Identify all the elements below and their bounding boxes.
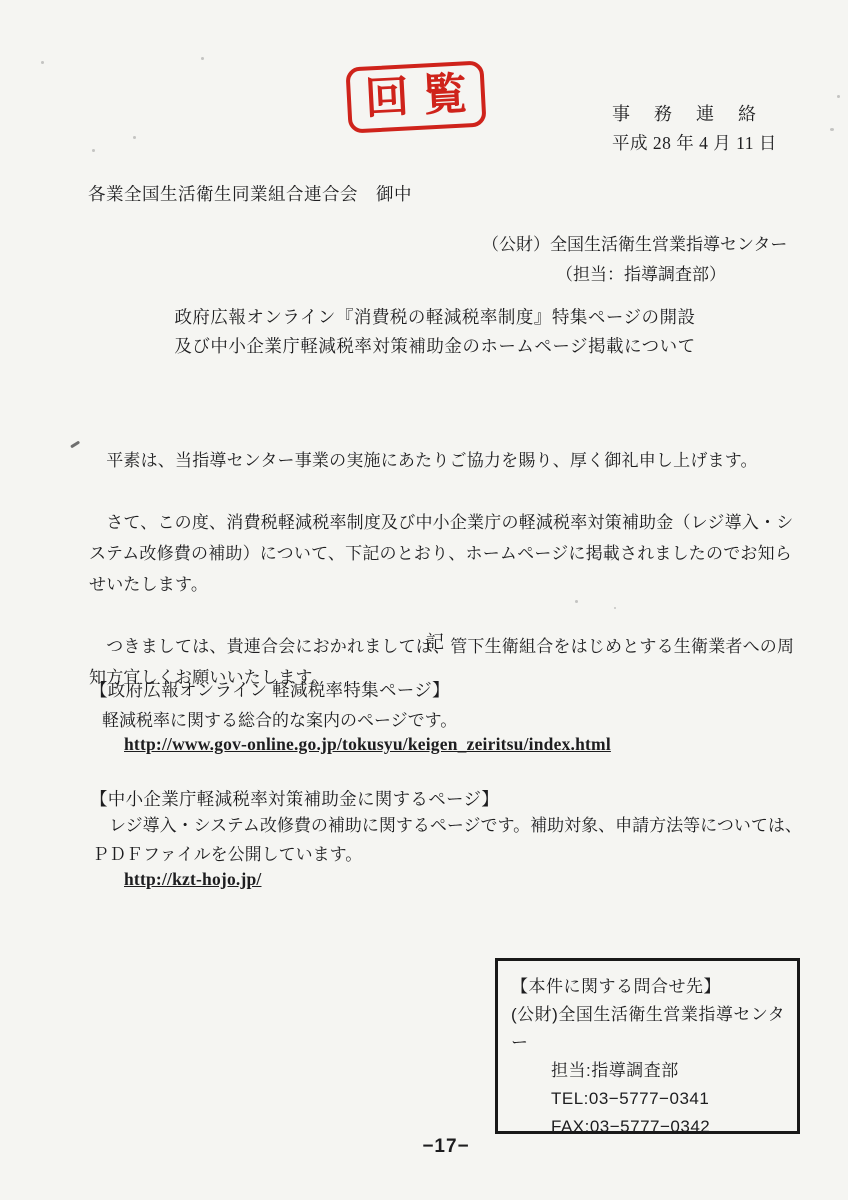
scan-noise-speck bbox=[830, 128, 834, 131]
section-gov-online-heading: 【政府広報オンライン 軽減税率特集ページ】 bbox=[90, 677, 450, 702]
contact-org: (公財)全国生活衛生営業指導センター bbox=[511, 1001, 797, 1057]
section-gov-online-description: 軽減税率に関する総合的な案内のページです。 bbox=[102, 706, 457, 731]
scan-noise-speck bbox=[614, 607, 616, 609]
subsidy-url-link[interactable]: http://kzt-hojo.jp/ bbox=[124, 869, 262, 890]
contact-box-title: 【本件に関する問合せ先】 bbox=[511, 973, 797, 1001]
scan-noise-speck bbox=[133, 136, 136, 139]
document-title: 政府広報オンライン『消費税の軽減税率制度』特集ページの開設 及び中小企業庁軽減税… bbox=[85, 303, 785, 361]
title-line-2: 及び中小企業庁軽減税率対策補助金のホームページ掲載について bbox=[85, 332, 785, 361]
doc-type-label: 事 務 連 絡 bbox=[612, 100, 759, 126]
gov-online-url-link[interactable]: http://www.gov-online.go.jp/tokusyu/keig… bbox=[124, 734, 611, 755]
scan-noise-speck bbox=[748, 642, 750, 644]
scan-noise-speck bbox=[92, 149, 95, 152]
contact-fax: FAX:03−5777−0342 bbox=[511, 1113, 797, 1141]
section-subsidy-description: レジ導入・システム改修費の補助に関するページです。補助対象、申請方法等については… bbox=[92, 811, 802, 869]
sender-dept: （担当：指導調査部） bbox=[556, 260, 726, 285]
body-paragraph-greeting: 平素は、当指導センター事業の実施にあたりご協力を賜り、厚く御礼申し上げます。 bbox=[89, 445, 809, 476]
contact-info-box: 【本件に関する問合せ先】 (公財)全国生活衛生営業指導センター 担当:指導調査部… bbox=[495, 958, 800, 1134]
record-marker: 記 bbox=[85, 628, 785, 654]
title-line-1: 政府広報オンライン『消費税の軽減税率制度』特集ページの開設 bbox=[85, 303, 785, 332]
scanned-letter-page: 回覧 事 務 連 絡 平成 28 年 4 月 11 日 各業全国生活衛生同業組合… bbox=[0, 0, 848, 1200]
doc-date: 平成 28 年 4 月 11 日 bbox=[612, 130, 777, 155]
contact-dept: 担当:指導調査部 bbox=[511, 1057, 797, 1085]
scan-noise-speck bbox=[41, 61, 44, 64]
scan-noise-speck bbox=[201, 57, 204, 60]
body-paragraph-announcement: さて、この度、消費税軽減税率制度及び中小企業庁の軽減税率対策補助金（レジ導入・シ… bbox=[89, 507, 809, 600]
page-number: −17− bbox=[400, 1136, 492, 1158]
contact-tel: TEL:03−5777−0341 bbox=[511, 1085, 797, 1113]
section-subsidy-heading: 【中小企業庁軽減税率対策補助金に関するページ】 bbox=[90, 786, 499, 811]
scan-noise-speck bbox=[575, 600, 578, 603]
sender-org: （公財）全国生活衛生営業指導センター bbox=[482, 230, 787, 255]
scan-pen-tick bbox=[70, 441, 80, 448]
addressee-line: 各業全国生活衛生同業組合連合会 御中 bbox=[88, 181, 412, 206]
scan-noise-speck bbox=[837, 95, 840, 98]
kairan-circulation-stamp: 回覧 bbox=[345, 60, 486, 133]
kairan-stamp-label: 回覧 bbox=[364, 72, 482, 122]
